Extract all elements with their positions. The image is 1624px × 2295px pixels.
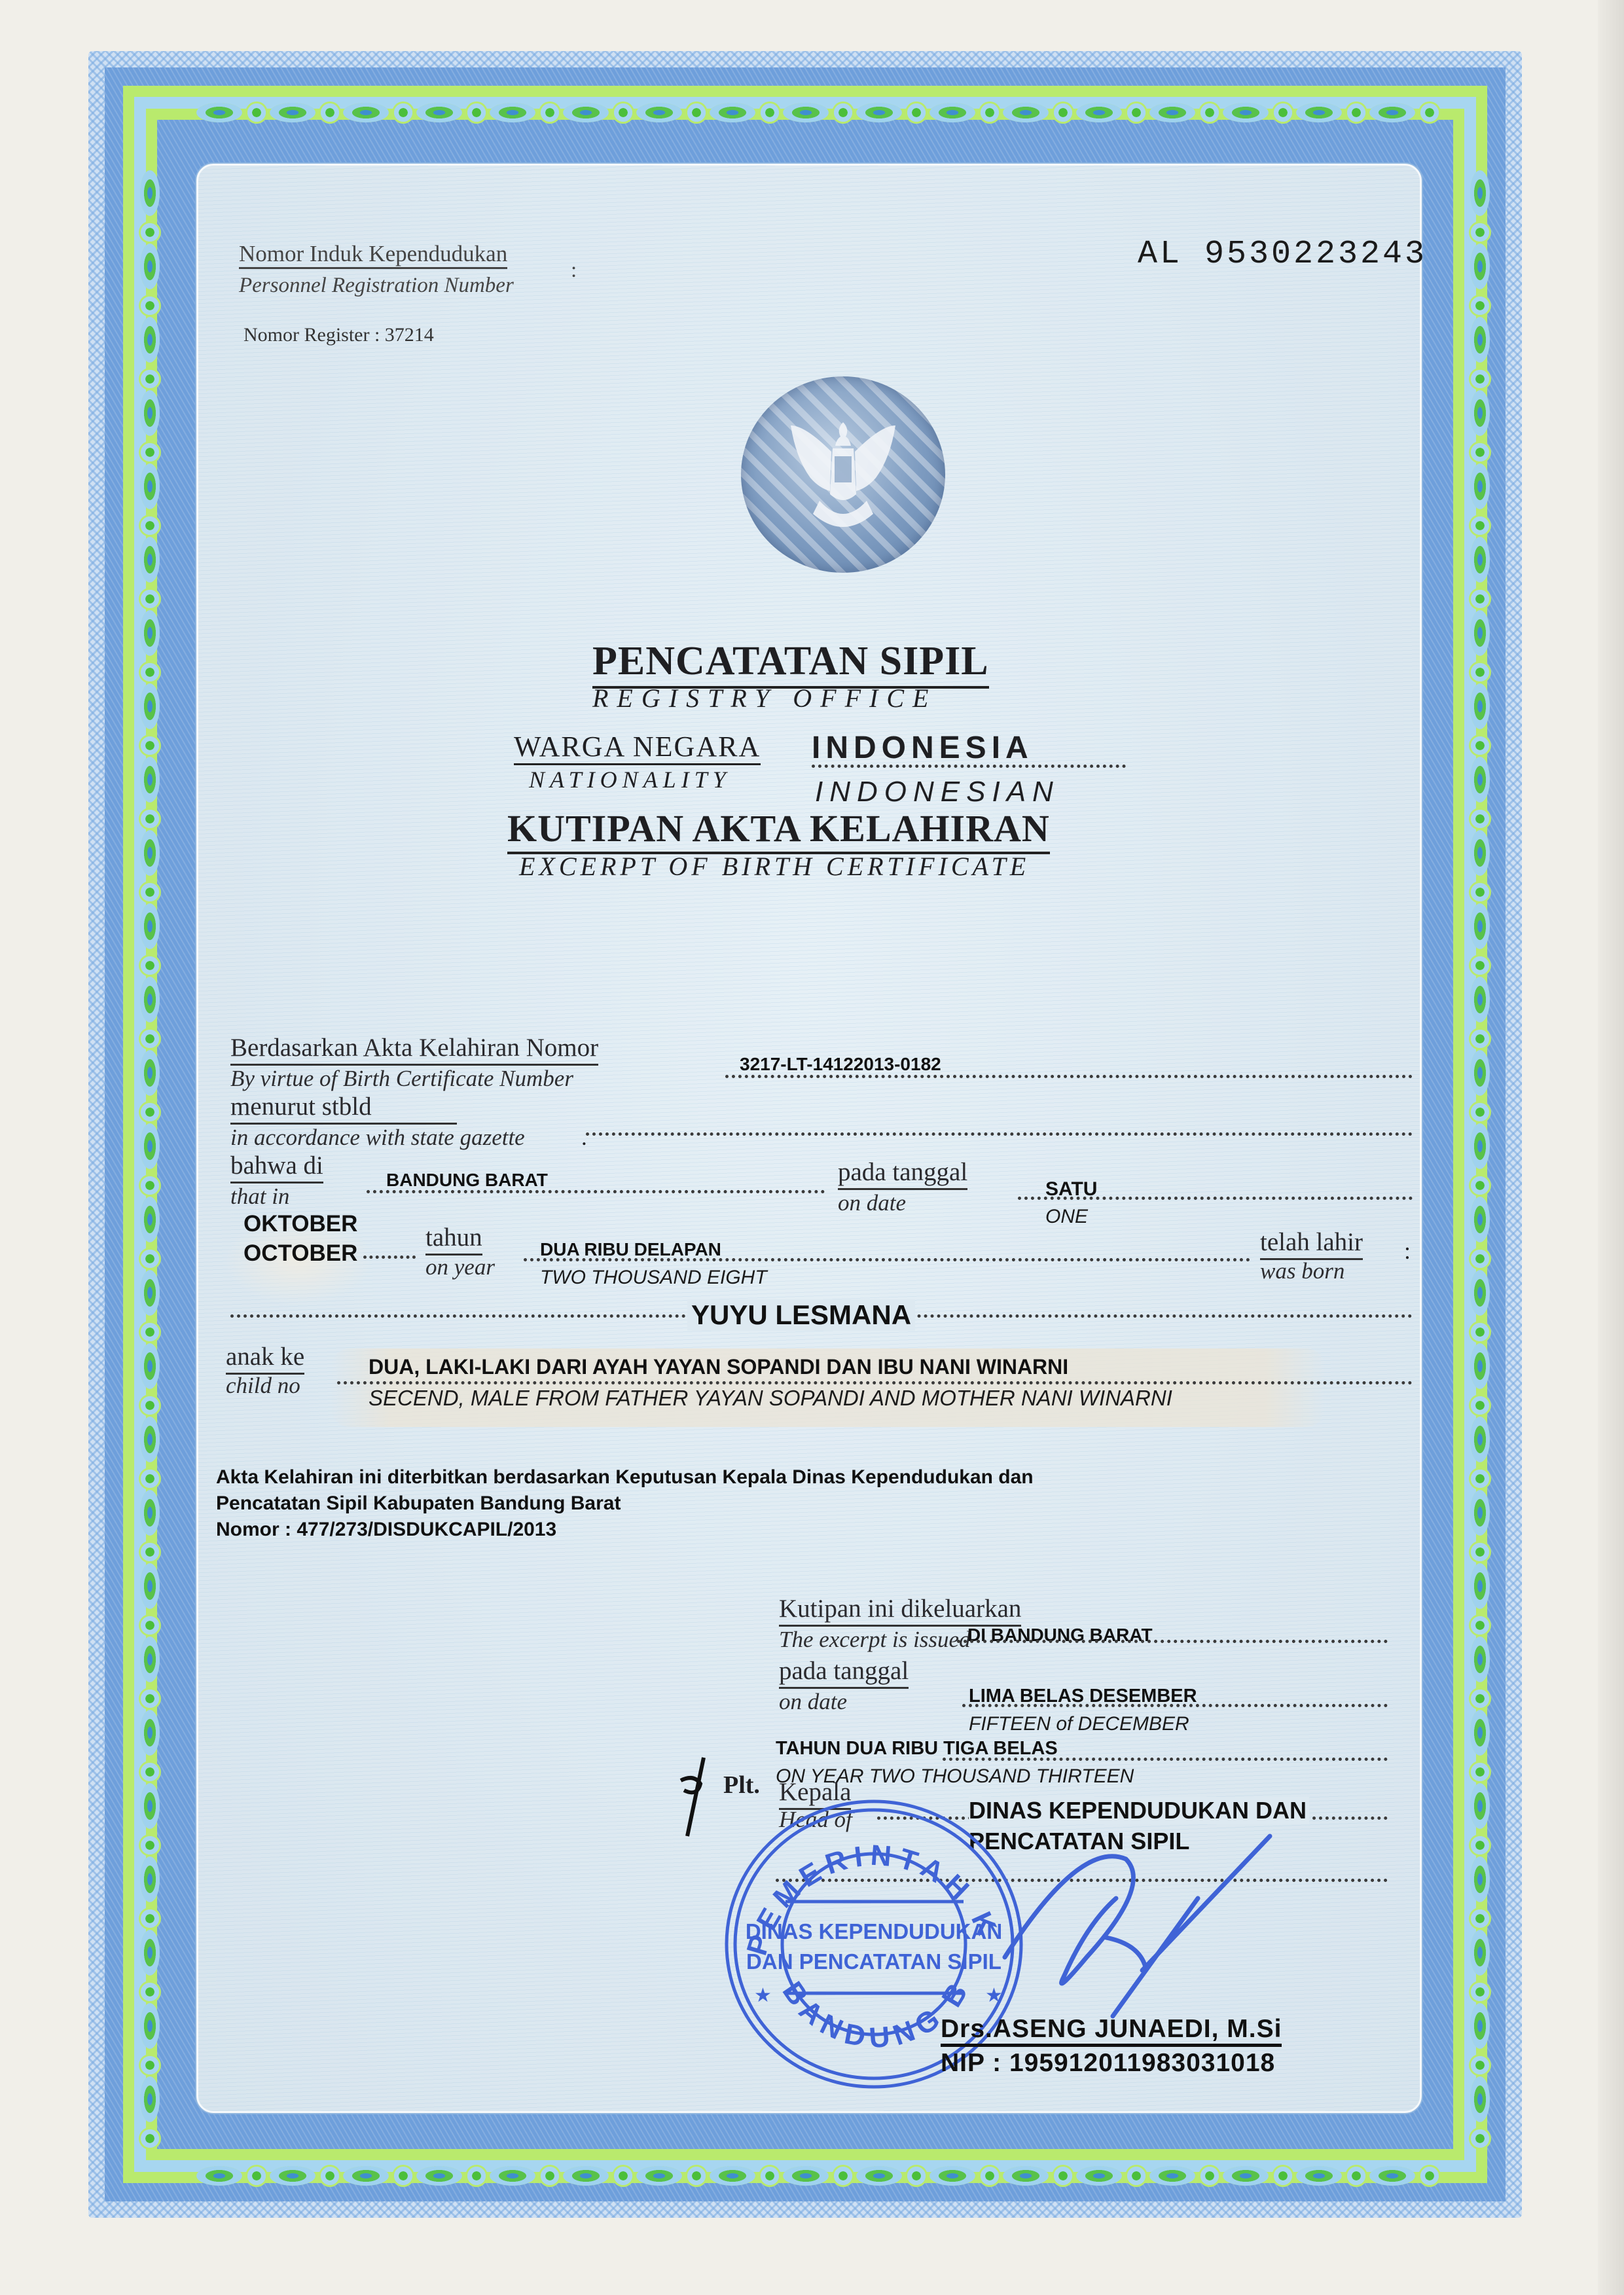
- border-ornament-icon: [196, 103, 242, 122]
- border-ornament-icon: [539, 2165, 561, 2187]
- border-ornament-icon: [1199, 101, 1221, 124]
- border-ornament-icon: [1469, 1174, 1491, 1197]
- border-ornament-icon: [139, 1101, 161, 1123]
- border-ornament-icon: [465, 2165, 488, 2187]
- document-title: KUTIPAN AKTA KELAHIRAN: [507, 806, 1050, 854]
- border-ornament-icon: [856, 103, 902, 122]
- border-ornament-icon: [1470, 1490, 1490, 1536]
- issued-label: Kutipan ini dikeluarkan: [779, 1594, 1021, 1627]
- border-ornament-icon: [140, 1783, 160, 1829]
- birth-month-value: OKTOBER: [244, 1211, 357, 1237]
- border-ornament-icon: [1296, 103, 1342, 122]
- seal-star-icon-left: ★: [754, 1985, 772, 2006]
- border-ornament-icon: [416, 2166, 462, 2186]
- border-ornament-icon: [140, 2076, 160, 2122]
- border-ornament-icon: [140, 1343, 160, 1389]
- border-ornament-icon: [139, 1981, 161, 2003]
- border-ornament-icon: [1272, 2165, 1294, 2187]
- border-ornament-icon: [139, 1394, 161, 1417]
- place-dotted-line: [367, 1190, 825, 1193]
- border-ornament-icon: [1003, 2166, 1049, 2186]
- border-ornament-icon: [979, 101, 1001, 124]
- cert-number-label-en: By virtue of Birth Certificate Number: [230, 1066, 573, 1092]
- border-ornament-icon: [1470, 170, 1490, 216]
- border-ornament-icon: [1469, 221, 1491, 244]
- border-ornament-icon: [1469, 1321, 1491, 1343]
- border-ornament-icon: [1345, 101, 1367, 124]
- border-ornament-icon: [140, 757, 160, 803]
- border-ornament-icon: [140, 610, 160, 656]
- nationality-dotted-line: [812, 765, 1126, 768]
- border-ornament-icon: [139, 661, 161, 683]
- border-ornament-icon: [1052, 101, 1074, 124]
- border-ornament-icon: [343, 103, 389, 122]
- birth-month-dotted-line: [363, 1256, 416, 1259]
- border-ornament-icon: [139, 1541, 161, 1563]
- child-number-label: anak ke: [226, 1342, 304, 1375]
- stbld-dot: .: [581, 1125, 587, 1151]
- border-ornament-icon: [1076, 2166, 1122, 2186]
- border-ornament-icon: [1469, 734, 1491, 757]
- birth-day-value-en: ONE: [1045, 1206, 1088, 1228]
- issued-date-value-en: FIFTEEN of DECEMBER: [969, 1713, 1189, 1735]
- border-ornament-icon: [929, 103, 975, 122]
- border-ornament-icon: [1003, 103, 1049, 122]
- decree-number: Nomor : 477/273/DISDUKCAPIL/2013: [216, 1519, 556, 1541]
- border-ornament-icon: [636, 2166, 682, 2186]
- border-ornament-icon: [710, 2166, 755, 2186]
- border-ornament-icon: [1272, 101, 1294, 124]
- nik-colon: :: [571, 259, 577, 283]
- border-ornament-icon: [1469, 1028, 1491, 1050]
- border-ornament-icon: [1469, 1688, 1491, 1710]
- border-ornament-icon: [1469, 954, 1491, 977]
- border-ornament-icon: [1470, 537, 1490, 583]
- border-ornament-icon: [685, 101, 708, 124]
- border-ornament-icon: [1469, 808, 1491, 830]
- border-ornament-icon: [685, 2165, 708, 2187]
- nationality-value: INDONESIA: [812, 730, 1034, 766]
- border-ornament-icon: [416, 103, 462, 122]
- border-ornament-icon: [1199, 2165, 1221, 2187]
- border-ornament-icon: [139, 734, 161, 757]
- register-number: Nomor Register : 37214: [244, 324, 434, 346]
- border-ornament-icon: [1149, 103, 1195, 122]
- border-ornament-icon: [1125, 2165, 1147, 2187]
- border-ornament-icon: [140, 244, 160, 289]
- border-ornament-icon: [270, 2166, 316, 2186]
- border-ornament-icon: [140, 830, 160, 876]
- border-ornament-icon: [1469, 2127, 1491, 2150]
- border-ornament-icon: [1223, 2166, 1269, 2186]
- nationality-value-en: INDONESIAN: [815, 776, 1060, 808]
- issued-date-label: pada tanggal: [779, 1656, 909, 1689]
- border-ornament-icon: [1470, 1783, 1490, 1829]
- place-label-en: that in: [230, 1184, 289, 1210]
- border-ornament-icon: [1470, 390, 1490, 436]
- border-ornament-icon: [1470, 317, 1490, 363]
- place-value: BANDUNG BARAT: [386, 1170, 548, 1191]
- border-ornament-icon: [1470, 1636, 1490, 1682]
- border-ornament-icon: [1470, 1197, 1490, 1242]
- border-ornament-icon: [1418, 2165, 1441, 2187]
- cert-number-value: 3217-LT-14122013-0182: [740, 1054, 941, 1075]
- birth-day-dotted-line: [1018, 1197, 1413, 1200]
- border-ornament-icon: [1469, 1541, 1491, 1563]
- border-ornament-icon: [1469, 1614, 1491, 1636]
- seal-inner-line-2: DAN PENCATATAN SIPIL: [746, 1949, 1001, 1974]
- cert-number-dotted-line: [725, 1075, 1413, 1078]
- border-ornament-icon: [139, 368, 161, 390]
- border-ornament-icon: [1470, 244, 1490, 289]
- border-ornament-icon: [783, 2166, 829, 2186]
- border-ornament-icon: [139, 1321, 161, 1343]
- decree-line-2: Pencatatan Sipil Kabupaten Bandung Barat: [216, 1492, 621, 1515]
- border-ornament-icon: [979, 2165, 1001, 2187]
- border-ornament-icon: [612, 2165, 634, 2187]
- border-ornament-icon: [1369, 103, 1415, 122]
- border-ornament-icon: [1345, 2165, 1367, 2187]
- border-ornament-icon: [1296, 2166, 1342, 2186]
- border-ornament-icon: [245, 2165, 268, 2187]
- border-ornament-icon: [1469, 1981, 1491, 2003]
- birth-date-label: pada tanggal: [838, 1157, 967, 1190]
- border-ornament-icon: [1469, 881, 1491, 903]
- stbld-dotted-line: [586, 1132, 1413, 1136]
- border-ornament-icon: [139, 588, 161, 610]
- was-born-label-en: was born: [1260, 1258, 1344, 1284]
- place-label: bahwa di: [230, 1151, 323, 1184]
- border-ornament-icon: [1470, 1050, 1490, 1096]
- birth-date-label-en: on date: [838, 1190, 906, 1216]
- border-ornament-icon: [1470, 1123, 1490, 1169]
- border-ornament-icon: [139, 1834, 161, 1856]
- border-ornament-icon: [636, 103, 682, 122]
- border-ornament-icon: [539, 101, 561, 124]
- border-ornament-icon: [140, 1123, 160, 1169]
- child-number-dotted-line: [337, 1381, 1413, 1384]
- border-ornament-icon: [905, 101, 928, 124]
- decree-line-1: Akta Kelahiran ini diterbitkan berdasark…: [216, 1466, 1034, 1489]
- was-born-label: telah lahir: [1260, 1227, 1363, 1260]
- border-ornament-icon: [1470, 1343, 1490, 1389]
- border-ornament-icon: [270, 103, 316, 122]
- border-ornament-icon: [1469, 515, 1491, 537]
- border-ornament-icon: [140, 1636, 160, 1682]
- border-ornament-icon: [140, 683, 160, 729]
- border-ornament-icon: [1470, 903, 1490, 949]
- border-ornament-icon: [1125, 101, 1147, 124]
- border-ornament-icon: [832, 2165, 854, 2187]
- border-ornament-icon: [759, 2165, 781, 2187]
- stbld-label: menurut stbld: [230, 1092, 457, 1125]
- border-ornament-icon: [1470, 610, 1490, 656]
- border-ornament-icon: [139, 808, 161, 830]
- issued-date-dotted-line: [962, 1704, 1388, 1707]
- serial-number: AL 9530223243: [1138, 236, 1427, 273]
- issued-date-label-en: on date: [779, 1689, 847, 1715]
- child-description: DUA, LAKI-LAKI DARI AYAH YAYAN SOPANDI D…: [369, 1355, 1068, 1379]
- border-ornament-icon: [139, 1248, 161, 1270]
- birth-year-label: tahun: [425, 1223, 482, 1256]
- border-ornament-icon: [1469, 588, 1491, 610]
- border-ornament-icon: [1470, 2003, 1490, 2049]
- border-ornament-icon: [319, 2165, 341, 2187]
- border-ornament-icon: [1469, 1248, 1491, 1270]
- border-ornament-icon: [1052, 2165, 1074, 2187]
- border-ornament-icon: [1470, 1417, 1490, 1462]
- border-ornament-icon: [140, 977, 160, 1022]
- border-ornament-icon: [139, 954, 161, 977]
- official-name: Drs.ASENG JUNAEDI, M.Si: [941, 2015, 1282, 2047]
- border-ornament-icon: [139, 1028, 161, 1050]
- border-ornament-icon: [490, 2166, 535, 2186]
- was-born-colon: :: [1404, 1237, 1411, 1265]
- border-ornament-icon: [759, 101, 781, 124]
- border-ornament-icon: [140, 2003, 160, 2049]
- border-ornament-icon: [139, 1688, 161, 1710]
- border-ornament-icon: [139, 1174, 161, 1197]
- border-ornament-icon: [139, 295, 161, 317]
- border-ornament-icon: [1470, 1856, 1490, 1902]
- border-ornament-icon: [1469, 1468, 1491, 1490]
- cert-number-label: Berdasarkan Akta Kelahiran Nomor: [230, 1033, 598, 1066]
- border-ornament-icon: [1469, 1761, 1491, 1783]
- border-ornament-icon: [856, 2166, 902, 2186]
- nik-label-en: Personnel Registration Number: [239, 274, 514, 298]
- border-ornament-icon: [392, 101, 414, 124]
- border-ornament-icon: [1418, 101, 1441, 124]
- border-ornament-icon: [139, 1761, 161, 1783]
- border-ornament-icon: [1469, 295, 1491, 317]
- border-ornament-icon: [1469, 441, 1491, 463]
- border-ornament-icon: [1470, 2076, 1490, 2122]
- border-ornament-icon: [140, 1050, 160, 1096]
- border-ornament-icon: [139, 1468, 161, 1490]
- border-ornament-icon: [139, 2127, 161, 2150]
- border-ornament-icon: [140, 1490, 160, 1536]
- border-ornament-icon: [1470, 1563, 1490, 1609]
- border-ornament-icon: [140, 1710, 160, 1756]
- border-ornament-icon: [140, 1270, 160, 1316]
- birth-year-label-en: on year: [425, 1254, 495, 1280]
- seal-inner-line-1: DINAS KEPENDUDUKAN: [746, 1919, 1002, 1943]
- border-ornament-icon: [832, 101, 854, 124]
- border-ornament-icon: [139, 441, 161, 463]
- border-ornament-icon: [1469, 661, 1491, 683]
- issued-year-dotted-line: [943, 1758, 1388, 1761]
- seal-star-icon-right: ★: [985, 1985, 1003, 2006]
- child-number-label-en: child no: [226, 1373, 300, 1399]
- nationality-label-en: NATIONALITY: [529, 766, 731, 793]
- border-ornament-icon: [1469, 1907, 1491, 1930]
- border-ornament-icon: [1470, 977, 1490, 1022]
- issued-label-en: The excerpt is issued: [779, 1627, 971, 1653]
- border-ornament-icon: [139, 1907, 161, 1930]
- border-ornament-icon: [1469, 1834, 1491, 1856]
- border-ornament-icon: [612, 101, 634, 124]
- border-ornament-icon: [563, 103, 609, 122]
- border-ornament-icon: [319, 101, 341, 124]
- border-ornament-icon: [1470, 1710, 1490, 1756]
- border-ornament-icon: [139, 881, 161, 903]
- border-ornament-icon: [1149, 2166, 1195, 2186]
- border-ornament-icon: [1470, 830, 1490, 876]
- border-ornament-icon: [196, 2166, 242, 2186]
- border-ornament-icon: [140, 537, 160, 583]
- border-ornament-icon: [563, 2166, 609, 2186]
- border-ornament-icon: [1223, 103, 1269, 122]
- border-ornament-icon: [1369, 2166, 1415, 2186]
- border-ornament-icon: [1470, 1930, 1490, 1976]
- border-ornament-icon: [392, 2165, 414, 2187]
- pen-mark-icon: [674, 1754, 713, 1839]
- border-ornament-icon: [1470, 683, 1490, 729]
- border-ornament-icon: [1469, 1101, 1491, 1123]
- issued-place-dotted-line: [957, 1640, 1388, 1643]
- border-ornament-icon: [140, 1197, 160, 1242]
- office-title-en: REGISTRY OFFICE: [592, 683, 937, 714]
- nik-label: Nomor Induk Kependudukan: [239, 241, 507, 269]
- border-ornament-icon: [783, 103, 829, 122]
- border-ornament-icon: [490, 103, 535, 122]
- border-ornament-icon: [140, 390, 160, 436]
- birth-month-value-en: OCTOBER: [244, 1240, 357, 1267]
- border-ornament-icon: [140, 1417, 160, 1462]
- issued-year-value: TAHUN DUA RIBU TIGA BELAS: [776, 1738, 1058, 1760]
- border-ornament-icon: [710, 103, 755, 122]
- stbld-label-en: in accordance with state gazette: [230, 1125, 525, 1151]
- border-ornament-icon: [140, 317, 160, 363]
- border-ornament-icon: [1469, 1394, 1491, 1417]
- birth-year-value: DUA RIBU DELAPAN: [540, 1239, 721, 1260]
- paper-edge: [1598, 0, 1624, 2295]
- border-ornament-icon: [140, 1856, 160, 1902]
- birth-year-value-en: TWO THOUSAND EIGHT: [540, 1267, 767, 1289]
- border-ornament-icon: [139, 221, 161, 244]
- office-title: PENCATATAN SIPIL: [592, 638, 989, 689]
- border-ornament-icon: [140, 903, 160, 949]
- border-ornament-icon: [465, 101, 488, 124]
- border-ornament-icon: [905, 2165, 928, 2187]
- document-title-en: EXCERPT OF BIRTH CERTIFICATE: [519, 851, 1030, 882]
- border-ornament-icon: [929, 2166, 975, 2186]
- border-ornament-icon: [139, 1614, 161, 1636]
- border-ornament-icon: [139, 2054, 161, 2076]
- border-ornament-icon: [139, 515, 161, 537]
- border-ornament-icon: [343, 2166, 389, 2186]
- child-description-en: SECEND, MALE FROM FATHER YAYAN SOPANDI A…: [369, 1386, 1172, 1411]
- child-name: YUYU LESMANA: [687, 1299, 915, 1331]
- border-ornament-icon: [1470, 1270, 1490, 1316]
- border-ornament-icon: [1469, 2054, 1491, 2076]
- border-ornament-icon: [140, 170, 160, 216]
- nationality-label: WARGA NEGARA: [514, 730, 761, 765]
- border-ornament-icon: [1470, 463, 1490, 509]
- birth-year-dotted-line: [524, 1258, 1250, 1261]
- border-ornament-icon: [140, 1930, 160, 1976]
- border-ornament-icon: [140, 463, 160, 509]
- border-ornament-icon: [1076, 103, 1122, 122]
- official-nip: NIP : 195912011983031018: [941, 2049, 1275, 2078]
- border-ornament-icon: [1470, 757, 1490, 803]
- border-ornament-icon: [1469, 368, 1491, 390]
- garuda-emblem-icon: [741, 376, 945, 573]
- border-ornament-icon: [140, 1563, 160, 1609]
- official-signature: [1001, 1826, 1290, 2023]
- border-ornament-icon: [245, 101, 268, 124]
